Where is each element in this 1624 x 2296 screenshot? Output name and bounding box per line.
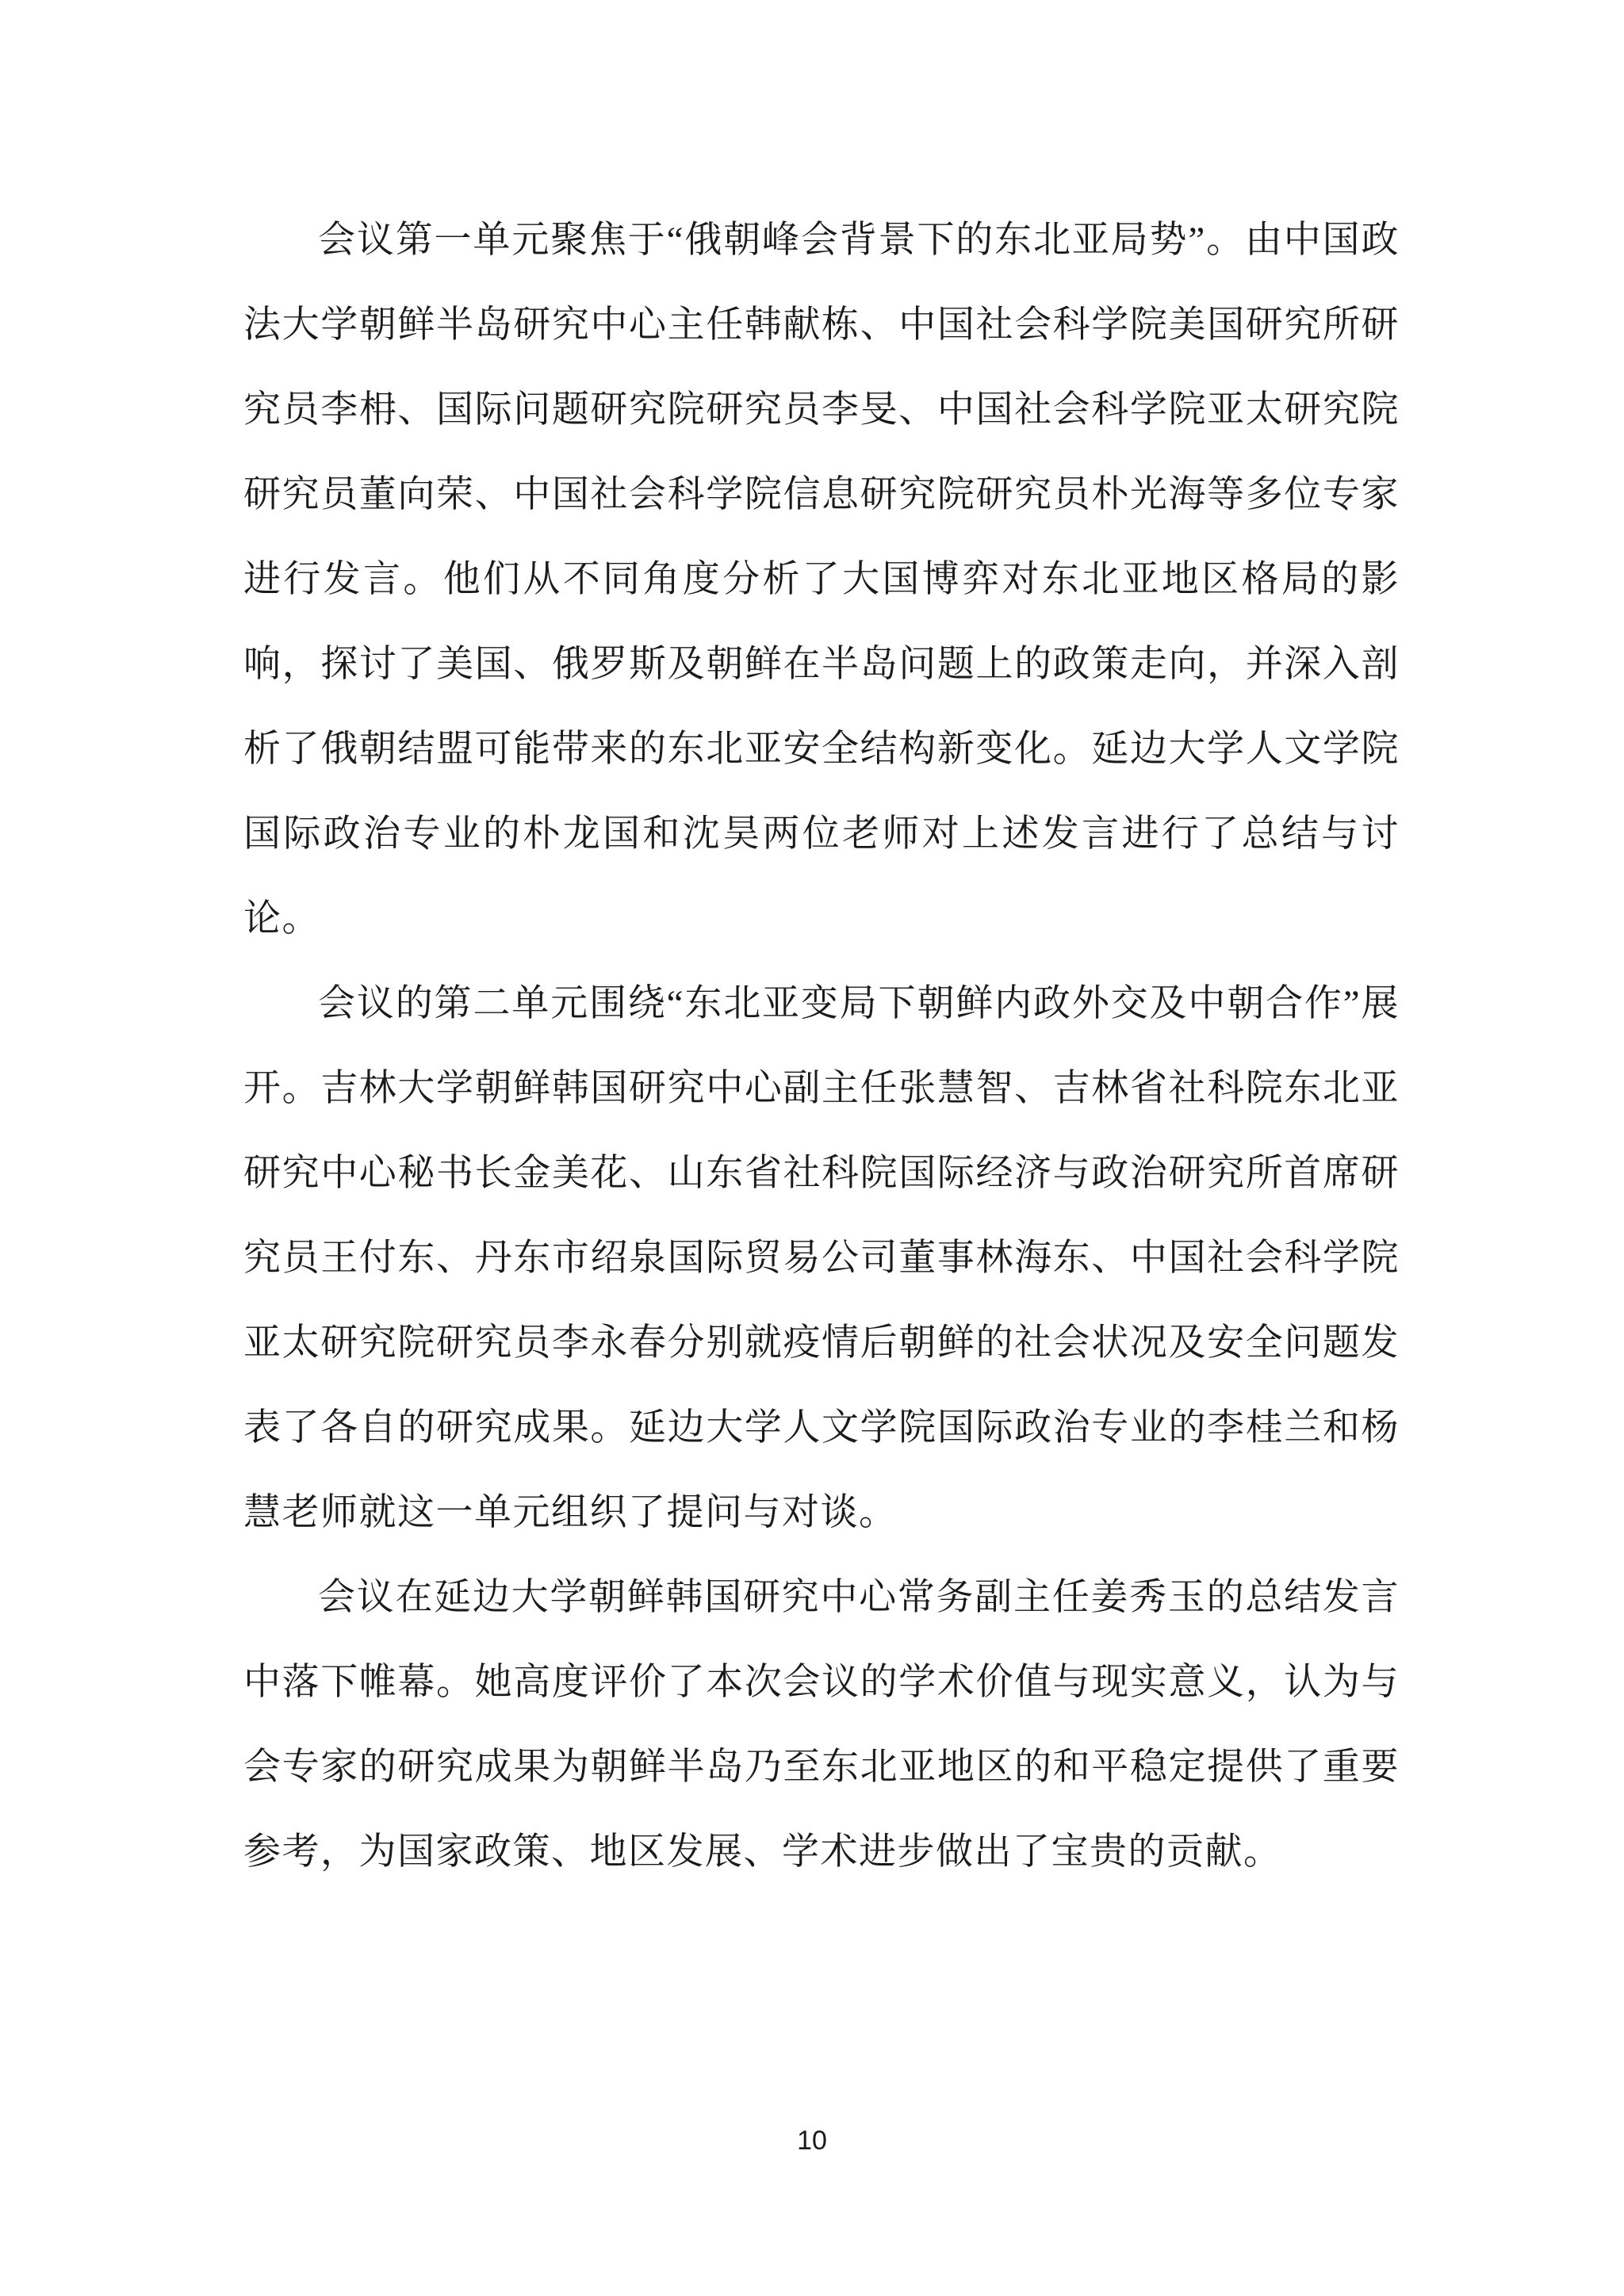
page-number: 10 — [0, 2123, 1624, 2158]
document-body: 会议第一单元聚焦于“俄朝峰会背景下的东北亚局势”。由中国政法大学朝鲜半岛研究中心… — [243, 198, 1400, 1895]
document-page: 会议第一单元聚焦于“俄朝峰会背景下的东北亚局势”。由中国政法大学朝鲜半岛研究中心… — [0, 0, 1624, 2296]
paragraph-session-one: 会议第一单元聚焦于“俄朝峰会背景下的东北亚局势”。由中国政法大学朝鲜半岛研究中心… — [243, 198, 1400, 962]
paragraph-closing-remarks: 会议在延边大学朝鲜韩国研究中心常务副主任姜秀玉的总结发言中落下帷幕。她高度评价了… — [243, 1556, 1400, 1895]
paragraph-session-two: 会议的第二单元围绕“东北亚变局下朝鲜内政外交及中朝合作”展开。吉林大学朝鲜韩国研… — [243, 962, 1400, 1556]
